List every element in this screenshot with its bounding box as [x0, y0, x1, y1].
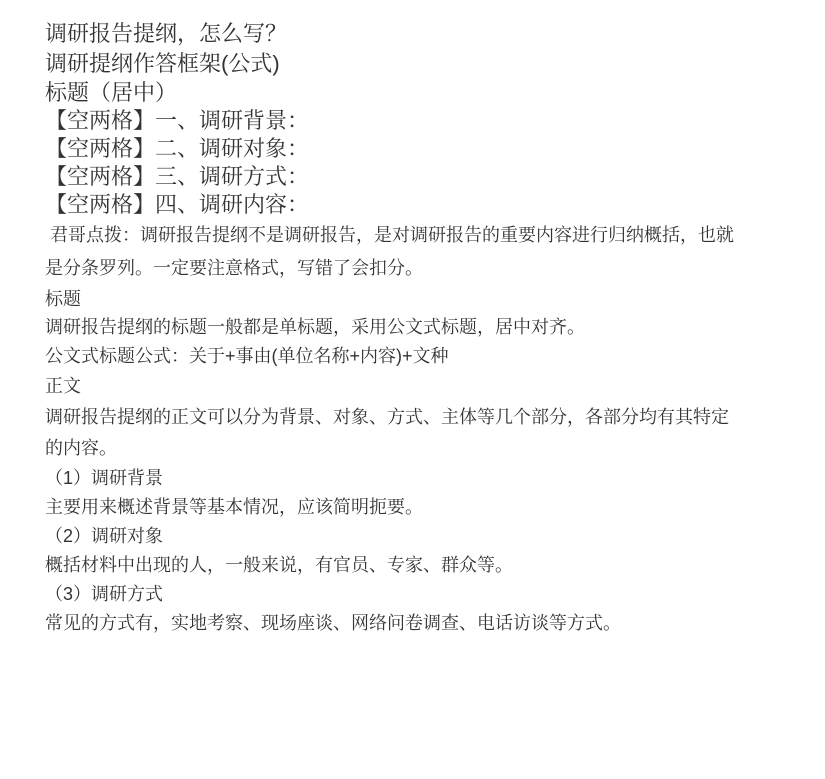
object-item-paragraph: （2）调研对象 概括材料中出现的人，一般来说，有官员、专家、群众等。 — [45, 522, 783, 580]
mentor-tip-paragraph: 君哥点拨：调研报告提纲不是调研报告，是对调研报告的重要内容进行归纳概括，也就 是… — [45, 219, 783, 285]
title-section-paragraph: 标题 调研报告提纲的标题一般都是单标题，采用公文式标题，居中对齐。 — [45, 285, 783, 341]
intro-question-heading: 调研报告提纲，怎么写？ — [45, 19, 783, 49]
framework-title-heading: 调研提纲作答框架(公式) — [45, 49, 783, 79]
background-item-paragraph: （1）调研背景 主要用来概述背景等基本情况，应该简明扼要。 — [45, 464, 783, 522]
title-formula-line: 公文式标题公式：关于+事由(单位名称+内容)+文种 — [45, 341, 783, 371]
outline-template-block: 标题（居中） 【空两格】一、调研背景： 【空两格】二、调研对象： 【空两格】三、… — [45, 79, 783, 219]
method-item-paragraph: （3）调研方式 常见的方式有，实地考察、现场座谈、网络问卷调查、电话访谈等方式。 — [45, 580, 783, 638]
body-section-paragraph: 正文 调研报告提纲的正文可以分为背景、对象、方式、主体等几个部分，各部分均有其特… — [45, 371, 783, 464]
article-page: 调研报告提纲，怎么写？ 调研提纲作答框架(公式) 标题（居中） 【空两格】一、调… — [0, 0, 825, 779]
